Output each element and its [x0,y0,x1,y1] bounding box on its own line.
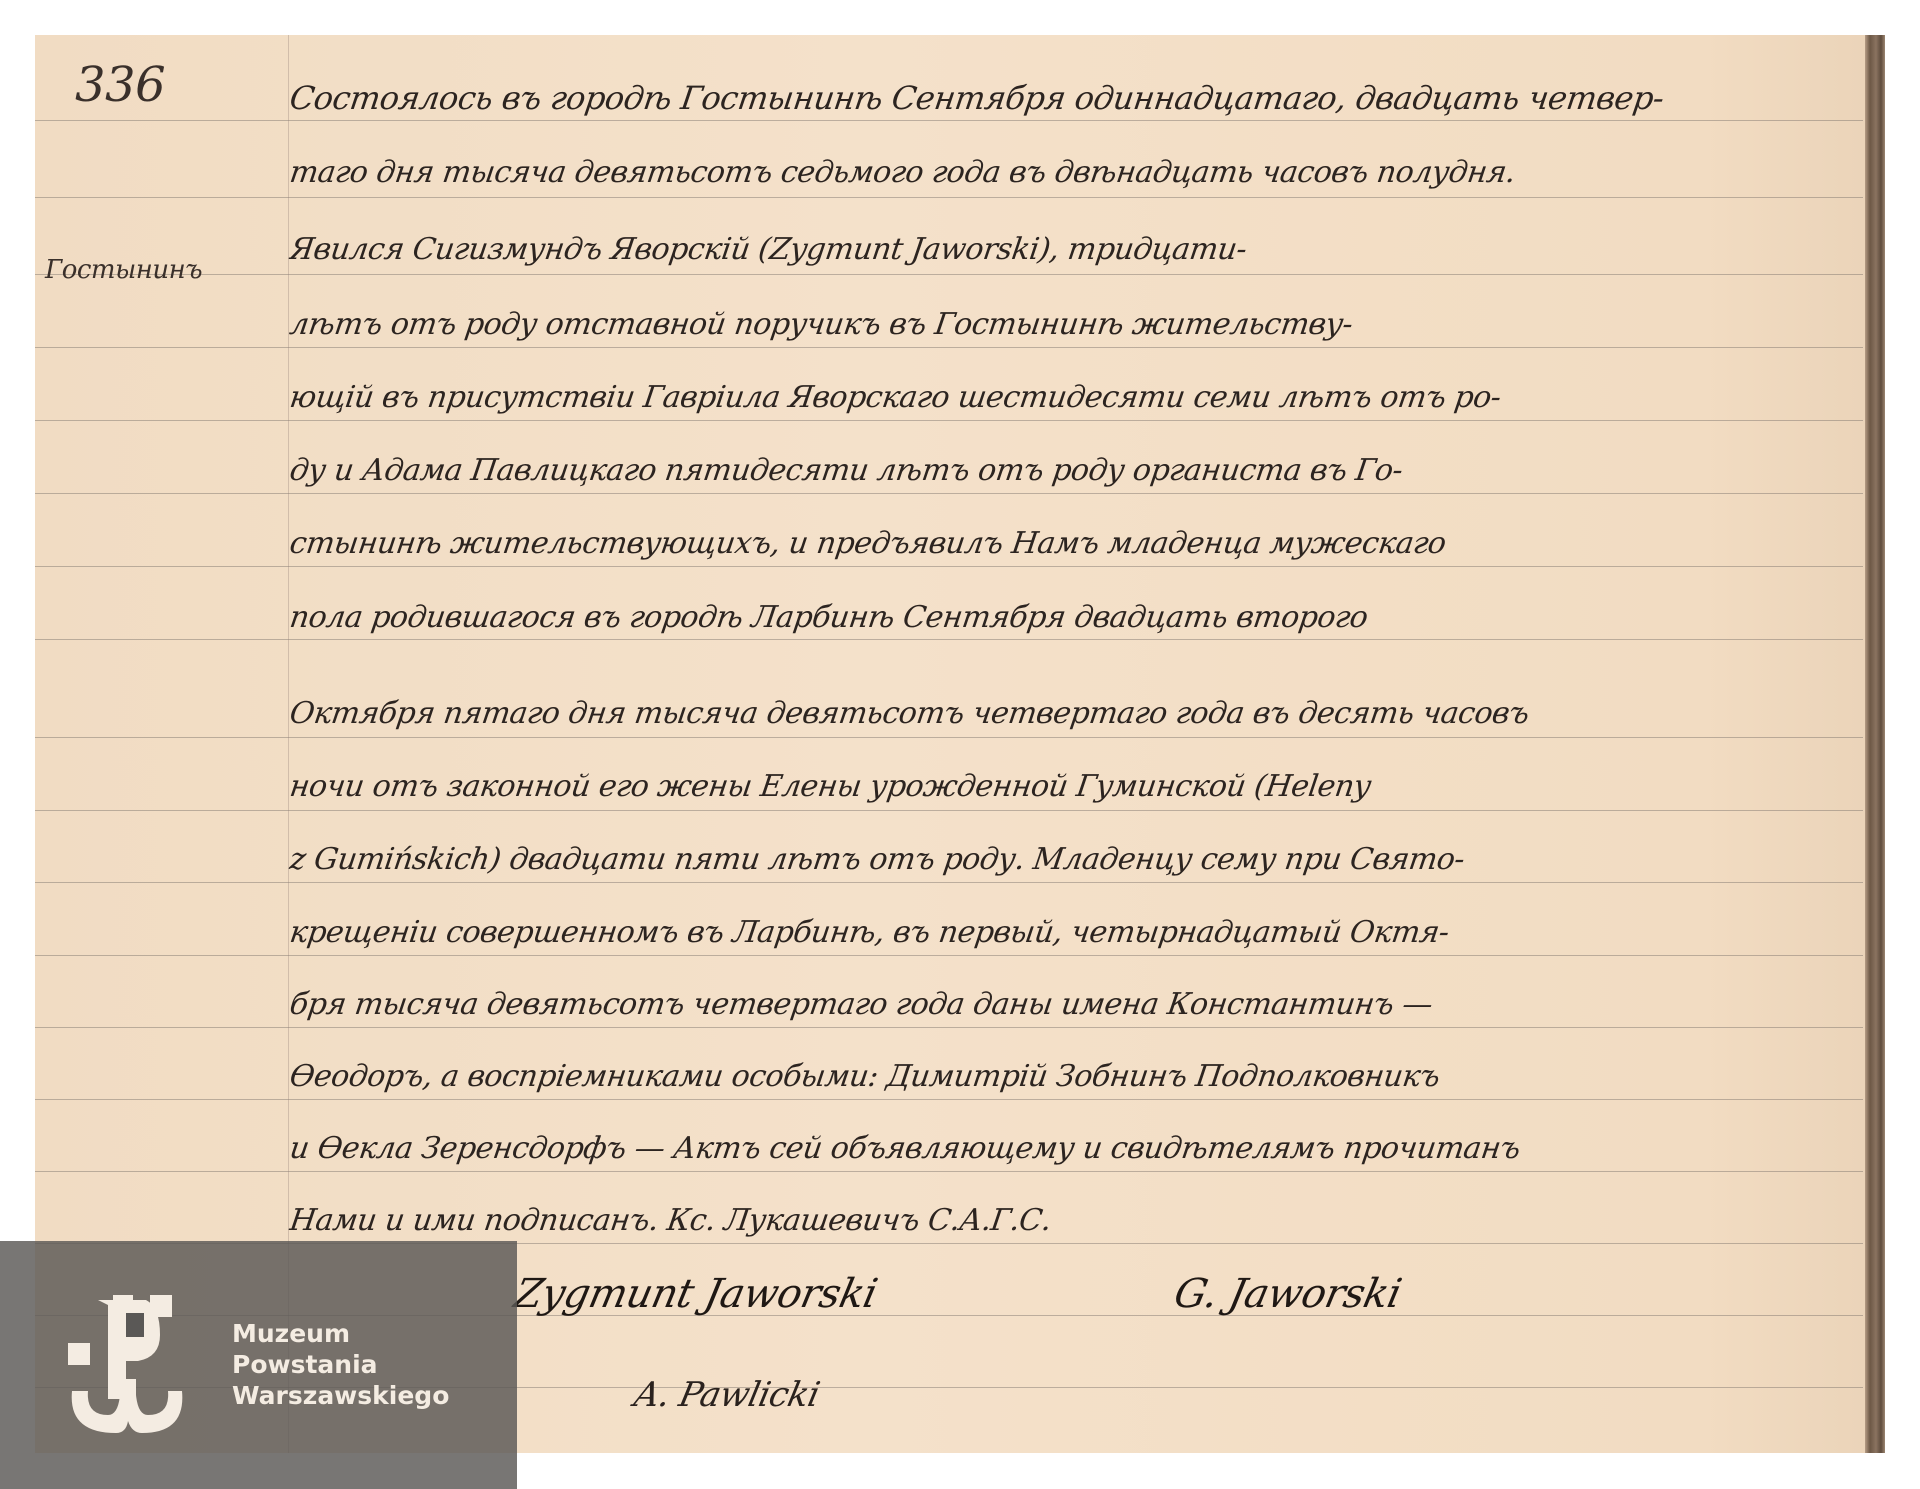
ruled-line [35,347,1863,348]
text-line: стынинѣ жительствующихъ, и предъявилъ На… [288,526,1853,561]
signature-witness-1: G. Jaworski [1170,1271,1405,1317]
text-line: Ѳеодоръ, а воспріемниками особыми: Димит… [288,1059,1853,1094]
book-binding [1865,35,1885,1453]
text-line: Нами и ими подписанъ. Кс. Лукашевичъ С.А… [288,1203,1853,1238]
ruled-line [35,493,1863,494]
ruled-line [35,1171,1863,1172]
ruled-line [35,420,1863,421]
ruled-line [35,197,1863,198]
text-line: лѣтъ отъ роду отставной поручикъ въ Гост… [288,307,1853,342]
museum-name-line1: Muzeum [232,1318,449,1349]
museum-name-line3: Warszawskiego [232,1380,449,1411]
text-line: пола родившагося въ городѣ Ларбинѣ Сентя… [288,600,1853,635]
text-line: бря тысяча девятьсотъ четвертаго года да… [288,987,1853,1022]
ruled-line [35,955,1863,956]
ruled-line [35,737,1863,738]
text-line: ющій въ присутствіи Гавріила Яворскаго ш… [288,380,1853,415]
text-line: z Gumińskich) двадцати пяти лѣтъ отъ род… [288,842,1853,877]
ruled-line [35,639,1863,640]
entry-number: 336 [75,57,165,113]
text-line: Явился Сигизмундъ Яворскій (Zygmunt Jawo… [288,232,1853,267]
ruled-line [35,810,1863,811]
ruled-line [35,274,1863,275]
text-line: Состоялось въ городѣ Гостынинѣ Сентября … [287,79,1852,117]
margin-place-name: Гостынинъ [45,255,202,285]
ruled-line [35,566,1863,567]
ruled-line [35,1027,1863,1028]
kotwica-anchor-logo-icon [68,1295,188,1435]
museum-name: Muzeum Powstania Warszawskiego [232,1318,449,1411]
signature-witness-2: A. Pawlicki [631,1375,823,1415]
ruled-line [35,882,1863,883]
text-line: и Ѳекла Зеренсдорфъ — Актъ сей объявляющ… [288,1131,1853,1166]
ruled-line [35,120,1863,121]
signature-father: Zygmunt Jaworski [510,1271,881,1317]
text-line: ночи отъ законной его жены Елены урожден… [288,769,1853,804]
text-line: таго дня тысяча девятьсотъ седьмого года… [288,155,1853,190]
museum-name-line2: Powstania [232,1349,449,1380]
text-line: ду и Адама Павлицкаго пятидесяти лѣтъ от… [288,453,1853,488]
text-line: Октября пятаго дня тысяча девятьсотъ чет… [288,696,1853,731]
ruled-line [35,1099,1863,1100]
text-line: крещеніи совершенномъ въ Ларбинѣ, въ пер… [288,915,1853,950]
